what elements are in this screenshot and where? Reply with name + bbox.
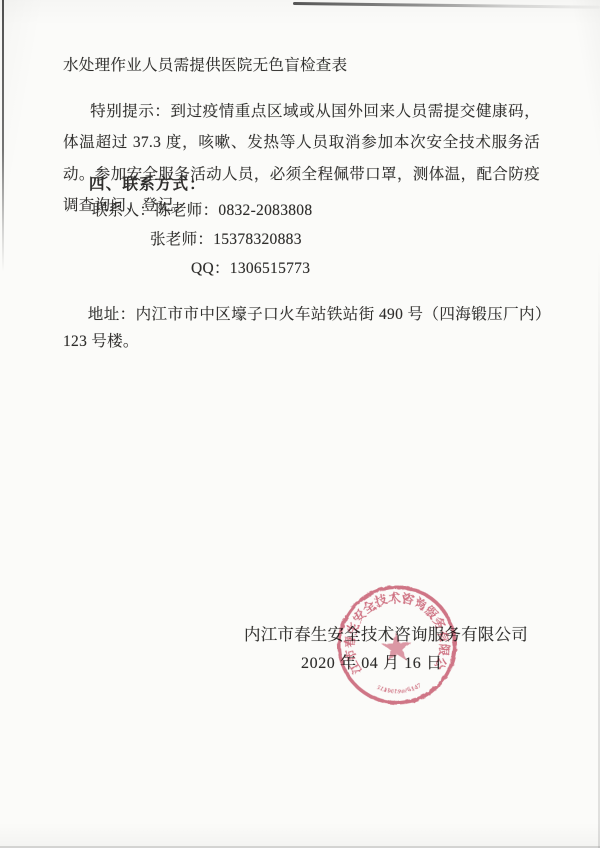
seal-star-icon [381,632,412,662]
contact-second-teacher-line: 张老师：15378320883 [150,228,302,252]
contact-qq-line: QQ：1306515773 [191,257,310,281]
seal-registration-number: 5110019006147 [376,682,424,697]
requirement-line: 水处理作业人员需提供医院无色盲检查表 [63,55,347,77]
company-seal-stamp: 内江市春生安全技术咨询服务有限公司 5110019006147 [331,579,463,711]
svg-text:5110019006147: 5110019006147 [376,682,424,697]
seal-arc-company-text: 内江市春生安全技术咨询服务有限公司 [331,579,454,679]
scan-artifact-top-edge [293,2,600,8]
section-heading-contact-info: 四、联系方式： [89,173,206,197]
contact-person-line: 联系人：陈老师：0832-2083808 [92,199,312,223]
scan-artifact-left-edge [2,0,4,272]
address-line: 地址：内江市市中区壕子口火车站铁站街 490 号（四海锻压厂内）123 号楼。 [63,301,543,355]
scanned-document-page: 水处理作业人员需提供医院无色盲检查表 特别提示：到过疫情重点区域或从国外回来人员… [0,0,600,848]
svg-text:内江市春生安全技术咨询服务有限公司: 内江市春生安全技术咨询服务有限公司 [331,579,454,679]
